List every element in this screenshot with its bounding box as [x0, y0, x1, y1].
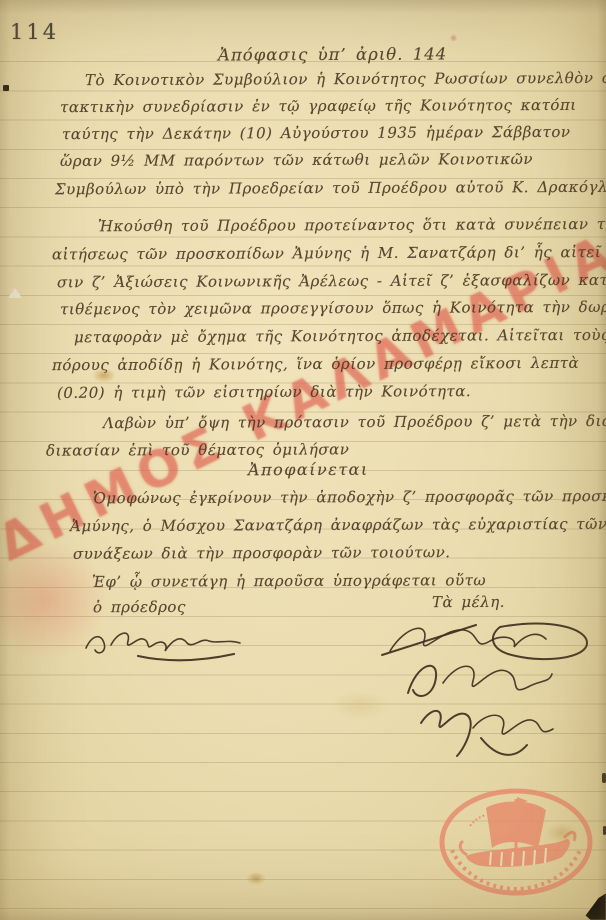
manuscript-line: Συμβούλων ὑπὸ τὴν Προεδρείαν τοῦ Προέδρο…	[55, 178, 606, 198]
edge-nick-mark	[602, 773, 606, 783]
president-role-label: ὁ πρόεδρος	[93, 598, 186, 616]
manuscript-line: Ἐφ’ ᾧ συνετάγη ἡ παροῦσα ὑπογράφεται οὕτ…	[92, 571, 486, 591]
members-role-label: Τὰ μέλη.	[432, 593, 505, 611]
ink-dot-mark	[3, 85, 9, 91]
trireme-ship-stamp	[436, 786, 596, 898]
manuscript-line: τιθέμενος τὸν χειμῶνα προσεγγίσουν ὅπως …	[60, 298, 606, 319]
manuscript-line: Λαβὼν ὑπ’ ὄψη τὴν πρότασιν τοῦ Προέδρου …	[103, 412, 606, 432]
manuscript-line: (0.20) ἡ τιμὴ τῶν εἰσιτηρίων διὰ τὴν Κοι…	[57, 382, 471, 402]
manuscript-line: μεταφορὰν μὲ ὄχημα τῆς Κοινότητος ἀποδέχ…	[74, 326, 606, 346]
manuscript-page: ΔΗΜΟΣ ΚΑΛΑΜΑΡΙΑΣ 114 Ἀπόφασις ὑπ’ ἀριθ. …	[0, 0, 606, 920]
manuscript-line: σιν ζ’ Ἀξιώσεις Κοινωνικῆς Ἀρέλεως - Αἰτ…	[57, 271, 606, 292]
decision-heading: Ἀπόφασις ὑπ’ ἀριθ. 144	[218, 45, 447, 65]
member-signature-3	[413, 698, 568, 760]
manuscript-line: τακτικὴν συνεδρίασιν ἐν τῷ γραφείῳ τῆς Κ…	[60, 96, 577, 116]
manuscript-line: Ὁμοφώνως ἐγκρίνουν τὴν ἀποδοχὴν ζ’ προσφ…	[93, 487, 606, 508]
manuscript-line: Ἠκούσθη τοῦ Προέδρου προτείναντος ὅτι κα…	[98, 215, 606, 235]
stain-mark	[545, 822, 579, 844]
manuscript-line: ὥραν 9½ ΜΜ παρόντων τῶν κάτωθι μελῶν Κοι…	[60, 150, 533, 170]
stain-mark	[330, 690, 390, 720]
manuscript-line: Τὸ Κοινοτικὸν Συμβούλιον ἡ Κοινότητος Ρω…	[85, 69, 606, 89]
paper-chip-mark	[8, 288, 22, 298]
scan-corner-shadow	[572, 882, 606, 920]
page-number-stamp: 114	[10, 20, 59, 44]
stain-mark	[246, 872, 266, 885]
manuscript-line: συνάξεων διὰ τὴν προσφορὰν τῶν τοιούτων.	[73, 543, 451, 563]
president-signature	[80, 618, 255, 664]
manuscript-line: Ἀμύνης, ὁ Μόσχου Σανατζάρη ἀναφράζων τὰς…	[70, 515, 606, 535]
manuscript-line: πόρους ἀποδίδῃ ἡ Κοινότης, ἵνα ὁρίον προ…	[52, 354, 579, 374]
manuscript-line: αἰτήσεως τῶν προσκοπίδων Ἀμύνης ἡ Μ. Σαν…	[52, 243, 606, 264]
verdict-heading: Ἀποφαίνεται	[248, 460, 369, 480]
manuscript-line: δικασίαν ἐπὶ τοῦ θέματος ὁμιλήσαν	[46, 440, 349, 459]
manuscript-line: ταύτης τὴν Δεκάτην (10) Αὐγούστου 1935 ἡ…	[62, 123, 571, 143]
pink-ink-dot	[450, 34, 457, 42]
